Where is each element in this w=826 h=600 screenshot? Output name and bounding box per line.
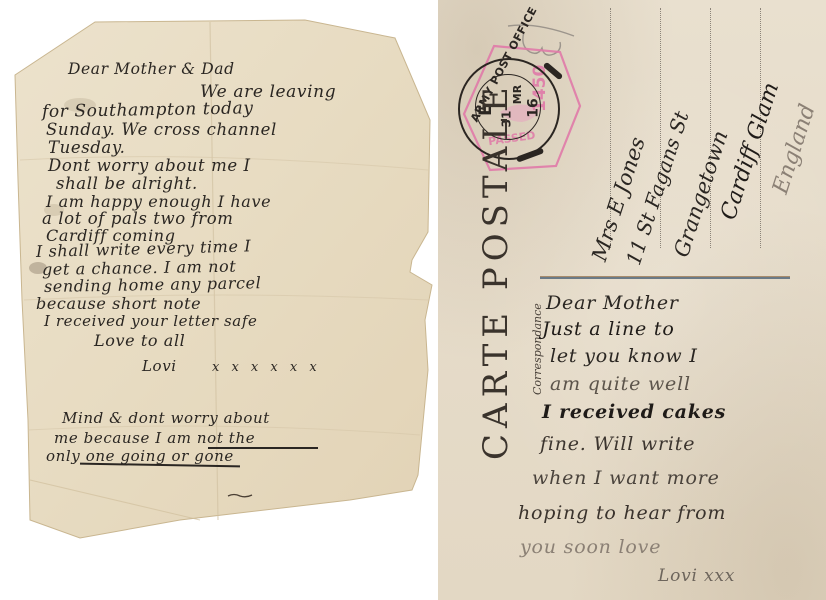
- letter-postscript-line: Mind & dont worry about: [62, 409, 270, 427]
- letter-line: shall be alright.: [56, 174, 198, 193]
- message-line: I received cakes: [542, 401, 726, 423]
- message-line: when I want more: [532, 467, 720, 489]
- letter-signature: Lovi: [142, 357, 177, 375]
- postmark-year: 16: [526, 98, 542, 117]
- message-line: am quite well: [550, 373, 691, 395]
- letter-line: I received your letter safe: [44, 312, 257, 330]
- correspondance-label: Correspondance: [531, 303, 544, 395]
- message-line: fine. Will write: [540, 433, 695, 455]
- postcard: 1450 PASSED ARMY POST OFFICE E 31 MR 16 …: [438, 0, 826, 600]
- letter-line: Dont worry about me I: [48, 156, 251, 175]
- letter-line: Tuesday.: [48, 138, 125, 157]
- letter-line: Sunday. We cross channel: [46, 120, 277, 139]
- message-line: Dear Mother: [546, 292, 679, 314]
- letter-line: for Southampton today: [42, 98, 254, 122]
- letter-greeting: Dear Mother & Dad: [68, 60, 235, 78]
- letter-body: Dear Mother & Dad We are leaving for Sou…: [0, 0, 440, 600]
- message-line: let you know I: [550, 345, 698, 367]
- message-line: Just a line to: [542, 318, 675, 340]
- message-line: hoping to hear from: [518, 502, 726, 524]
- letter-closing: Love to all: [94, 331, 185, 350]
- underline: [208, 447, 318, 449]
- message-line: you soon love: [520, 536, 661, 558]
- letter-line: sending home any parcel: [44, 273, 262, 296]
- postcard-divider: [540, 276, 790, 279]
- message-signature: Lovi xxx: [658, 566, 735, 586]
- letter-line: because short note: [36, 294, 201, 313]
- letter-postscript-line: me because I am not the: [54, 429, 255, 447]
- letter-postscript-line: only one going or gone: [46, 447, 234, 465]
- carte-postale-title: CARTE POSTALE: [476, 81, 516, 460]
- letter-sheet: Dear Mother & Dad We are leaving for Sou…: [0, 0, 440, 600]
- letter-kisses: x x x x x x: [212, 360, 321, 375]
- address-line-country: England: [768, 101, 820, 197]
